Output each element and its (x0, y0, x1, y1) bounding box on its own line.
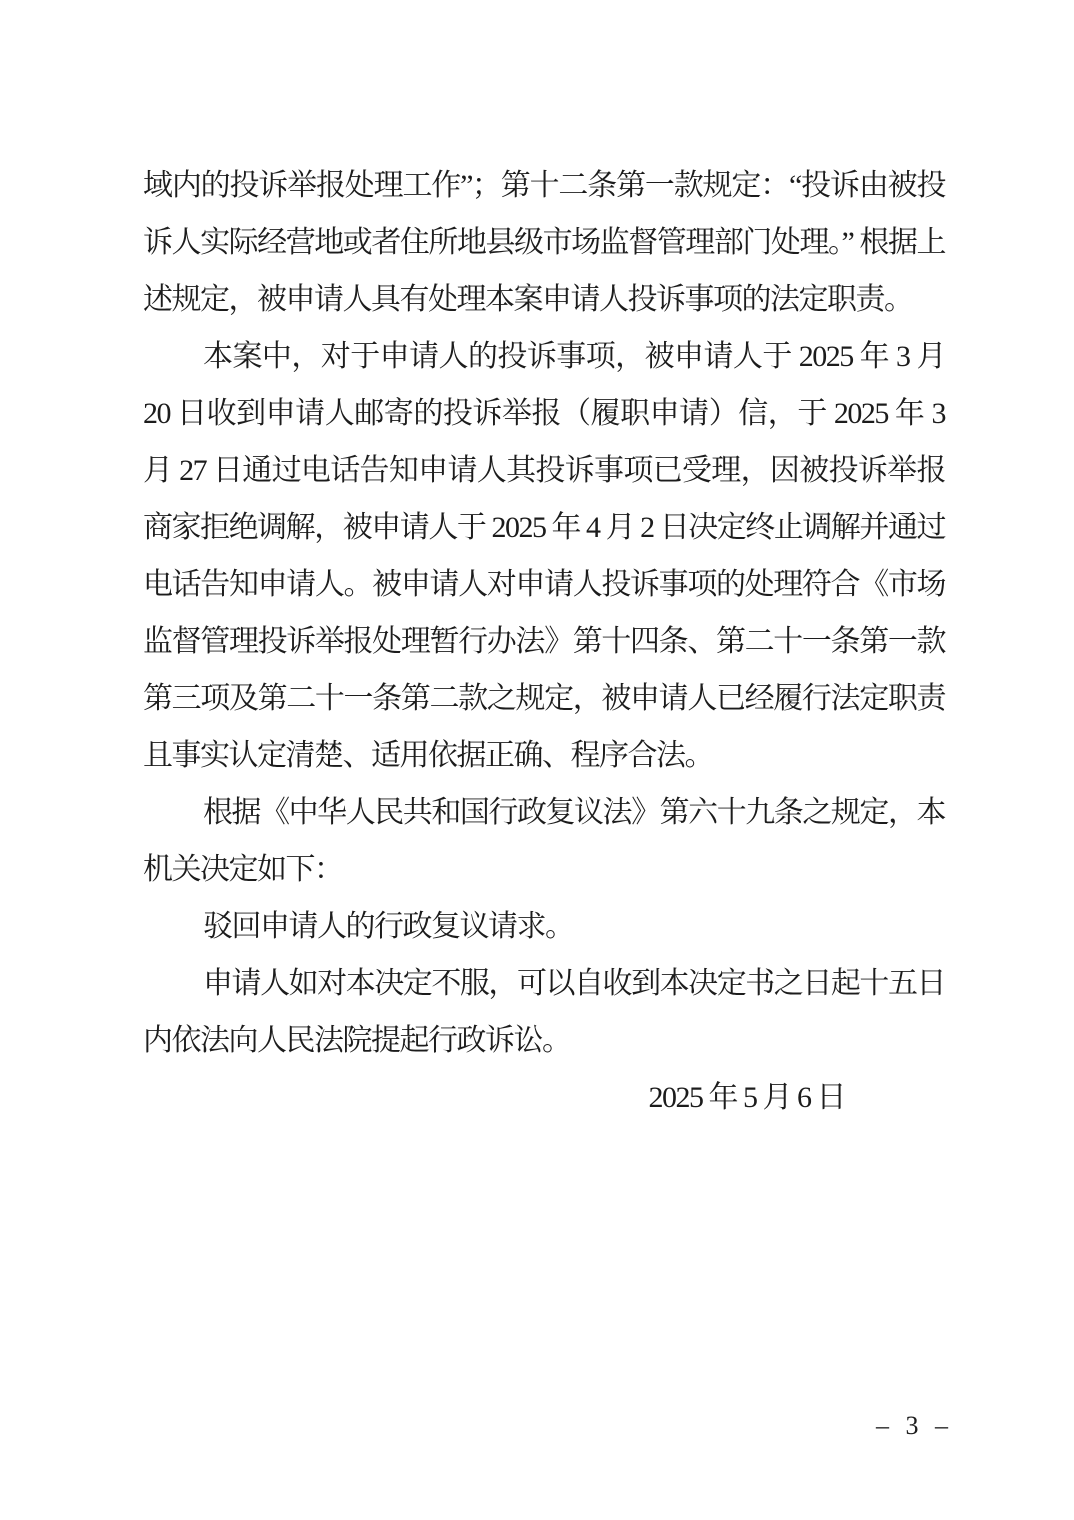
paragraph-continuation: 域内的投诉举报处理工作”；第十二条第一款规定：“投诉由被投诉人实际经营地或者住所… (143, 157, 945, 328)
paragraph-case-facts: 本案中，对于申请人的投诉事项，被申请人于 2025 年 3 月 20 日收到申请… (143, 328, 945, 784)
paragraph-legal-basis: 根据《中华人民共和国行政复议法》第六十九条之规定，本机关决定如下： (143, 784, 945, 898)
paragraph-decision: 驳回申请人的行政复议请求。 (143, 898, 945, 955)
page-number: – 3 – (876, 1408, 950, 1444)
document-body: 域内的投诉举报处理工作”；第十二条第一款规定：“投诉由被投诉人实际经营地或者住所… (143, 157, 945, 1126)
paragraph-appeal-rights: 申请人如对本决定不服，可以自收到本决定书之日起十五日内依法向人民法院提起行政诉讼… (143, 955, 945, 1069)
decision-date: 2025 年 5 月 6 日 (143, 1069, 945, 1126)
document-page: 域内的投诉举报处理工作”；第十二条第一款规定：“投诉由被投诉人实际经营地或者住所… (0, 0, 1074, 1520)
